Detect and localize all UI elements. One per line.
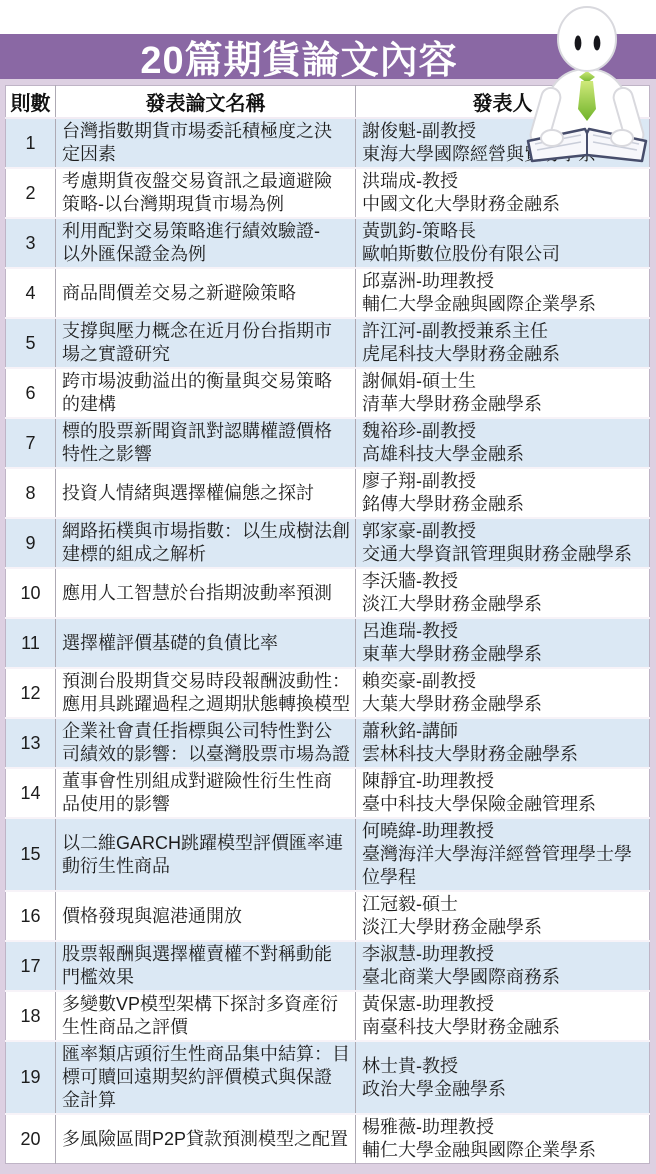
table-row: 11 選擇權評價基礎的負債比率 呂進瑞-教授 東華大學財務金融學系 xyxy=(6,618,650,668)
presenter-name: 黃凱鈞-策略長 xyxy=(362,220,647,243)
presenter-affiliation: 淡江大學財務金融學系 xyxy=(362,593,647,616)
mascot-eye-left xyxy=(575,36,582,51)
paper-title: 支撐與壓力概念在近月份台指期市 場之實證研究 xyxy=(56,318,356,368)
reading-mascot-icon xyxy=(520,3,654,165)
row-number: 20 xyxy=(6,1114,56,1164)
presenter-cell: 李淑慧-助理教授 臺北商業大學國際商務系 xyxy=(356,941,650,991)
presenter-affiliation: 政治大學金融學系 xyxy=(362,1078,647,1101)
row-number: 19 xyxy=(6,1041,56,1114)
presenter-cell: 何曉緯-助理教授 臺灣海洋大學海洋經營管理學士學位學程 xyxy=(356,818,650,891)
paper-title: 企業社會責任指標與公司特性對公 司績效的影響：以臺灣股票市場為證 xyxy=(56,718,356,768)
presenter-name: 江冠毅-碩士 xyxy=(362,893,647,916)
mascot-eye-right xyxy=(594,36,601,51)
table-row: 17 股票報酬與選擇權賣權不對稱動能 門檻效果 李淑慧-助理教授 臺北商業大學國… xyxy=(6,941,650,991)
row-number: 4 xyxy=(6,268,56,318)
table-row: 12 預測台股期貨交易時段報酬波動性： 應用具跳躍過程之週期狀態轉換模型 賴奕豪… xyxy=(6,668,650,718)
presenter-name: 洪瑞成-教授 xyxy=(362,170,647,193)
table-row: 16 價格發現與滬港通開放 江冠毅-碩士 淡江大學財務金融學系 xyxy=(6,891,650,941)
presenter-name: 李沃牆-教授 xyxy=(362,570,647,593)
presenter-cell: 許江河-副教授兼系主任 虎尾科技大學財務金融系 xyxy=(356,318,650,368)
presenter-affiliation: 中國文化大學財務金融系 xyxy=(362,193,647,216)
presenter-cell: 廖子翔-副教授 銘傳大學財務金融系 xyxy=(356,468,650,518)
table-row: 18 多變數VP模型架構下探討多資產衍 生性商品之評價 黃保憲-助理教授 南臺科… xyxy=(6,991,650,1041)
row-number: 2 xyxy=(6,168,56,218)
presenter-affiliation: 高雄科技大學金融系 xyxy=(362,443,647,466)
presenter-affiliation: 南臺科技大學財務金融系 xyxy=(362,1016,647,1039)
table-row: 4 商品間價差交易之新避險策略 邱嘉洲-助理教授 輔仁大學金融與國際企業學系 xyxy=(6,268,650,318)
presenter-name: 李淑慧-助理教授 xyxy=(362,943,647,966)
presenter-affiliation: 淡江大學財務金融學系 xyxy=(362,916,647,939)
presenter-name: 何曉緯-助理教授 xyxy=(362,820,647,843)
row-number: 9 xyxy=(6,518,56,568)
presenter-affiliation: 交通大學資訊管理與財務金融學系 xyxy=(362,543,647,566)
col-header-num: 則數 xyxy=(6,86,56,119)
row-number: 7 xyxy=(6,418,56,468)
presenter-cell: 魏裕珍-副教授 高雄科技大學金融系 xyxy=(356,418,650,468)
row-number: 17 xyxy=(6,941,56,991)
paper-title: 多風險區間P2P貸款預測模型之配置 xyxy=(56,1114,356,1164)
paper-title: 投資人情緒與選擇權偏態之探討 xyxy=(56,468,356,518)
presenter-cell: 呂進瑞-教授 東華大學財務金融學系 xyxy=(356,618,650,668)
presenter-affiliation: 輔仁大學金融與國際企業學系 xyxy=(362,1139,647,1162)
table-row: 6 跨市場波動溢出的衡量與交易策略 的建構 謝佩娟-碩士生 清華大學財務金融學系 xyxy=(6,368,650,418)
presenter-affiliation: 臺灣海洋大學海洋經營管理學士學位學程 xyxy=(362,843,647,889)
presenter-cell: 黃保憲-助理教授 南臺科技大學財務金融系 xyxy=(356,991,650,1041)
presenter-name: 邱嘉洲-助理教授 xyxy=(362,270,647,293)
row-number: 15 xyxy=(6,818,56,891)
presenter-affiliation: 銘傳大學財務金融系 xyxy=(362,493,647,516)
presenter-name: 郭家豪-副教授 xyxy=(362,520,647,543)
row-number: 6 xyxy=(6,368,56,418)
presenter-cell: 邱嘉洲-助理教授 輔仁大學金融與國際企業學系 xyxy=(356,268,650,318)
table-panel: 則數 發表論文名稱 發表人 1 台灣指數期貨市場委託積極度之決 定因素 謝俊魁-… xyxy=(0,79,656,1174)
paper-title: 標的股票新聞資訊對認購權證價格 特性之影響 xyxy=(56,418,356,468)
presenter-affiliation: 輔仁大學金融與國際企業學系 xyxy=(362,293,647,316)
paper-title: 應用人工智慧於台指期波動率預測 xyxy=(56,568,356,618)
paper-title: 跨市場波動溢出的衡量與交易策略 的建構 xyxy=(56,368,356,418)
paper-title: 網路拓樸與市場指數：以生成樹法創 建標的組成之解析 xyxy=(56,518,356,568)
mascot-hand-right xyxy=(611,130,633,146)
row-number: 16 xyxy=(6,891,56,941)
table-row: 3 利用配對交易策略進行績效驗證- 以外匯保證金為例 黃凱鈞-策略長 歐帕斯數位… xyxy=(6,218,650,268)
presenter-cell: 賴奕豪-副教授 大葉大學財務金融學系 xyxy=(356,668,650,718)
presenter-affiliation: 東華大學財務金融學系 xyxy=(362,643,647,666)
paper-title: 股票報酬與選擇權賣權不對稱動能 門檻效果 xyxy=(56,941,356,991)
paper-title: 選擇權評價基礎的負債比率 xyxy=(56,618,356,668)
presenter-name: 謝佩娟-碩士生 xyxy=(362,370,647,393)
paper-title: 匯率類店頭衍生性商品集中結算：目 標可贖回遠期契約評價模式與保證 金計算 xyxy=(56,1041,356,1114)
presenter-affiliation: 臺中科技大學保險金融管理系 xyxy=(362,793,647,816)
presenter-cell: 楊雅薇-助理教授 輔仁大學金融與國際企業學系 xyxy=(356,1114,650,1164)
presenter-name: 廖子翔-副教授 xyxy=(362,470,647,493)
presenter-name: 蕭秋銘-講師 xyxy=(362,720,647,743)
presenter-cell: 洪瑞成-教授 中國文化大學財務金融系 xyxy=(356,168,650,218)
table-row: 19 匯率類店頭衍生性商品集中結算：目 標可贖回遠期契約評價模式與保證 金計算 … xyxy=(6,1041,650,1114)
presenter-name: 賴奕豪-副教授 xyxy=(362,670,647,693)
paper-title: 價格發現與滬港通開放 xyxy=(56,891,356,941)
table-row: 9 網路拓樸與市場指數：以生成樹法創 建標的組成之解析 郭家豪-副教授 交通大學… xyxy=(6,518,650,568)
paper-title: 多變數VP模型架構下探討多資產衍 生性商品之評價 xyxy=(56,991,356,1041)
presenter-cell: 李沃牆-教授 淡江大學財務金融學系 xyxy=(356,568,650,618)
presenter-affiliation: 虎尾科技大學財務金融系 xyxy=(362,343,647,366)
presenter-name: 楊雅薇-助理教授 xyxy=(362,1116,647,1139)
table-row: 2 考慮期貨夜盤交易資訊之最適避險 策略-以台灣期現貨市場為例 洪瑞成-教授 中… xyxy=(6,168,650,218)
table-row: 8 投資人情緒與選擇權偏態之探討 廖子翔-副教授 銘傳大學財務金融系 xyxy=(6,468,650,518)
row-number: 12 xyxy=(6,668,56,718)
paper-title: 商品間價差交易之新避險策略 xyxy=(56,268,356,318)
row-number: 13 xyxy=(6,718,56,768)
papers-table: 則數 發表論文名稱 發表人 1 台灣指數期貨市場委託積極度之決 定因素 謝俊魁-… xyxy=(5,85,650,1164)
table-row: 15 以二維GARCH跳躍模型評價匯率連 動衍生性商品 何曉緯-助理教授 臺灣海… xyxy=(6,818,650,891)
paper-title: 考慮期貨夜盤交易資訊之最適避險 策略-以台灣期現貨市場為例 xyxy=(56,168,356,218)
presenter-name: 黃保憲-助理教授 xyxy=(362,993,647,1016)
paper-title: 台灣指數期貨市場委託積極度之決 定因素 xyxy=(56,118,356,168)
row-number: 14 xyxy=(6,768,56,818)
presenter-cell: 郭家豪-副教授 交通大學資訊管理與財務金融學系 xyxy=(356,518,650,568)
table-row: 7 標的股票新聞資訊對認購權證價格 特性之影響 魏裕珍-副教授 高雄科技大學金融… xyxy=(6,418,650,468)
paper-title: 以二維GARCH跳躍模型評價匯率連 動衍生性商品 xyxy=(56,818,356,891)
presenter-cell: 黃凱鈞-策略長 歐帕斯數位股份有限公司 xyxy=(356,218,650,268)
presenter-name: 呂進瑞-教授 xyxy=(362,620,647,643)
presenter-affiliation: 臺北商業大學國際商務系 xyxy=(362,966,647,989)
presenter-affiliation: 清華大學財務金融學系 xyxy=(362,393,647,416)
page-title: 20篇期貨論文內容 xyxy=(140,29,457,84)
row-number: 11 xyxy=(6,618,56,668)
table-row: 10 應用人工智慧於台指期波動率預測 李沃牆-教授 淡江大學財務金融學系 xyxy=(6,568,650,618)
presenter-cell: 林士貴-教授 政治大學金融學系 xyxy=(356,1041,650,1114)
presenter-cell: 江冠毅-碩士 淡江大學財務金融學系 xyxy=(356,891,650,941)
presenter-cell: 謝佩娟-碩士生 清華大學財務金融學系 xyxy=(356,368,650,418)
presenter-affiliation: 歐帕斯數位股份有限公司 xyxy=(362,243,647,266)
mascot-hand-left xyxy=(541,130,563,146)
paper-title: 利用配對交易策略進行績效驗證- 以外匯保證金為例 xyxy=(56,218,356,268)
presenter-name: 林士貴-教授 xyxy=(362,1055,647,1078)
paper-title: 董事會性別組成對避險性衍生性商 品使用的影響 xyxy=(56,768,356,818)
row-number: 18 xyxy=(6,991,56,1041)
presenter-affiliation: 雲林科技大學財務金融學系 xyxy=(362,743,647,766)
infographic-page: 20篇期貨論文內容 則數 發表論文名稱 發表人 1 台灣指數期貨市場委託積極度之… xyxy=(0,0,656,1174)
paper-title: 預測台股期貨交易時段報酬波動性： 應用具跳躍過程之週期狀態轉換模型 xyxy=(56,668,356,718)
table-row: 5 支撐與壓力概念在近月份台指期市 場之實證研究 許江河-副教授兼系主任 虎尾科… xyxy=(6,318,650,368)
table-row: 20 多風險區間P2P貸款預測模型之配置 楊雅薇-助理教授 輔仁大學金融與國際企… xyxy=(6,1114,650,1164)
presenter-cell: 蕭秋銘-講師 雲林科技大學財務金融學系 xyxy=(356,718,650,768)
row-number: 10 xyxy=(6,568,56,618)
col-header-title: 發表論文名稱 xyxy=(56,86,356,119)
row-number: 1 xyxy=(6,118,56,168)
mascot-head xyxy=(558,7,616,71)
presenter-name: 陳靜宜-助理教授 xyxy=(362,770,647,793)
table-row: 14 董事會性別組成對避險性衍生性商 品使用的影響 陳靜宜-助理教授 臺中科技大… xyxy=(6,768,650,818)
presenter-cell: 陳靜宜-助理教授 臺中科技大學保險金融管理系 xyxy=(356,768,650,818)
row-number: 5 xyxy=(6,318,56,368)
presenter-affiliation: 大葉大學財務金融學系 xyxy=(362,693,647,716)
presenter-name: 魏裕珍-副教授 xyxy=(362,420,647,443)
row-number: 8 xyxy=(6,468,56,518)
row-number: 3 xyxy=(6,218,56,268)
table-row: 13 企業社會責任指標與公司特性對公 司績效的影響：以臺灣股票市場為證 蕭秋銘-… xyxy=(6,718,650,768)
presenter-name: 許江河-副教授兼系主任 xyxy=(362,320,647,343)
